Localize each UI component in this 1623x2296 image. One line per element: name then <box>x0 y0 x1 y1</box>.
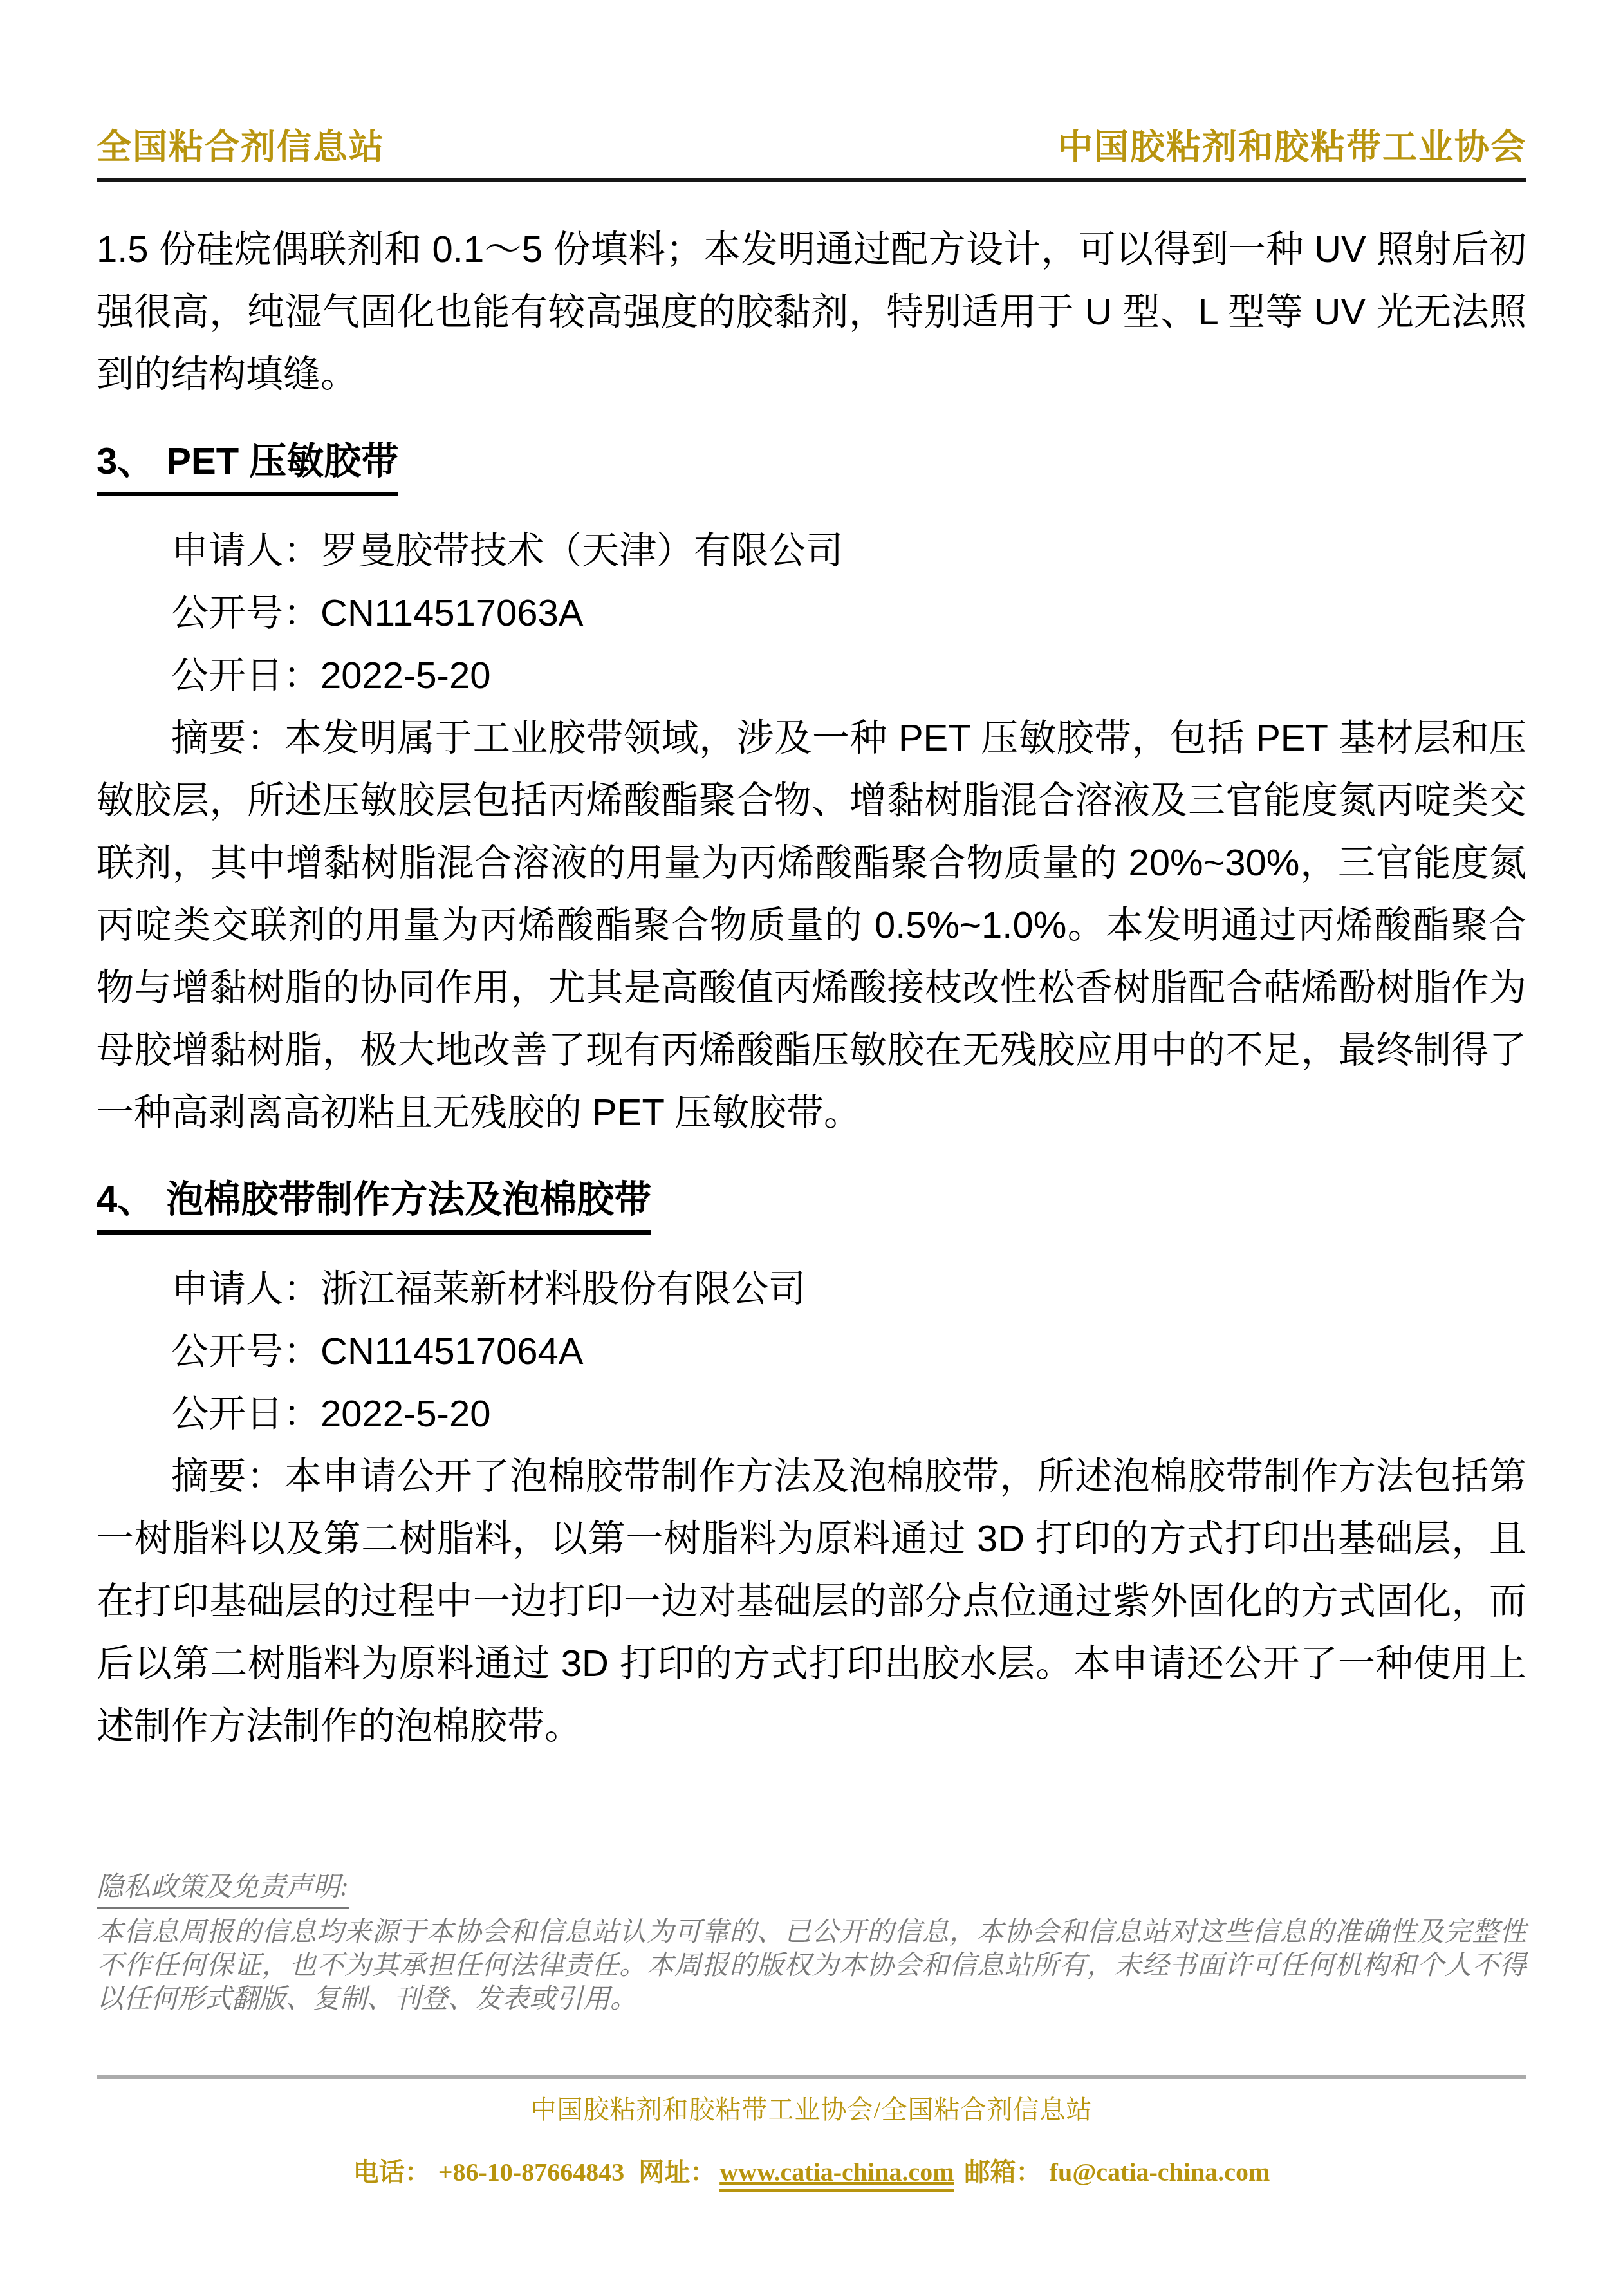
footer-contact-line: 电话：+86-10-87664843 网址：www.catia-china.co… <box>0 2152 1623 2189</box>
website-link[interactable]: www.catia-china.com <box>719 2158 954 2192</box>
email-address: fu@catia-china.com <box>1050 2158 1270 2187</box>
patent-4-heading-text: 4、泡棉胶带制作方法及泡棉胶带 <box>97 1177 651 1235</box>
patent-3-applicant: 申请人：罗曼胶带技术（天津）有限公司 <box>97 519 1526 582</box>
patent-4-title: 泡棉胶带制作方法及泡棉胶带 <box>166 1179 651 1220</box>
patent-4-number: 4、 <box>97 1179 154 1220</box>
patent-3-publication-date: 公开日：2022-5-20 <box>97 644 1526 707</box>
patent-4-publication-no: 公开号：CN114517064A <box>97 1320 1526 1383</box>
patent-4-applicant: 申请人：浙江福莱新材料股份有限公司 <box>97 1258 1526 1320</box>
patent-3-title: PET 压敏胶带 <box>166 440 398 482</box>
header-left-title: 全国粘合剂信息站 <box>97 120 385 169</box>
header-right-title: 中国胶粘剂和胶粘带工业协会 <box>1058 120 1526 169</box>
patent-3-number: 3、 <box>97 440 154 482</box>
patent-3-heading-text: 3、PET 压敏胶带 <box>97 439 398 496</box>
email-label: 邮箱： <box>965 2158 1042 2187</box>
page-footer: 中国胶粘剂和胶粘带工业协会/全国粘合剂信息站 电话：+86-10-8766484… <box>0 2089 1623 2189</box>
footer-organization: 中国胶粘剂和胶粘带工业协会/全国粘合剂信息站 <box>0 2089 1623 2126</box>
patent-4-details: 申请人：浙江福莱新材料股份有限公司 公开号：CN114517064A 公开日：2… <box>97 1258 1526 1757</box>
disclaimer-body: 本信息周报的信息均来源于本协会和信息站认为可靠的、已公开的信息，本协会和信息站对… <box>97 1916 1526 2016</box>
disclaimer-title: 隐私政策及免责声明: <box>97 1871 349 1909</box>
website-label: 网址： <box>638 2158 716 2187</box>
disclaimer-block: 隐私政策及免责声明: 本信息周报的信息均来源于本协会和信息站认为可靠的、已公开的… <box>97 1871 1526 2016</box>
patent-section-3: 3、PET 压敏胶带 申请人：罗曼胶带技术（天津）有限公司 公开号：CN1145… <box>97 439 1526 1144</box>
phone-number: +86-10-87664843 <box>438 2158 624 2187</box>
patent-3-publication-no: 公开号：CN114517063A <box>97 582 1526 644</box>
patent-3-abstract: 摘要：本发明属于工业胶带领域，涉及一种 PET 压敏胶带，包括 PET 基材层和… <box>97 707 1526 1144</box>
newsletter-page: 全国粘合剂信息站 中国胶粘剂和胶粘带工业协会 1.5 份硅烷偶联剂和 0.1～5… <box>0 0 1623 2296</box>
patent-section-4: 4、泡棉胶带制作方法及泡棉胶带 申请人：浙江福莱新材料股份有限公司 公开号：CN… <box>97 1177 1526 1757</box>
patent-4-publication-date: 公开日：2022-5-20 <box>97 1383 1526 1445</box>
patent-3-heading: 3、PET 压敏胶带 <box>97 439 1526 496</box>
footer-divider <box>97 2075 1526 2079</box>
patent-4-heading: 4、泡棉胶带制作方法及泡棉胶带 <box>97 1177 1526 1235</box>
patent-3-details: 申请人：罗曼胶带技术（天津）有限公司 公开号：CN114517063A 公开日：… <box>97 519 1526 1144</box>
patent-4-abstract: 摘要：本申请公开了泡棉胶带制作方法及泡棉胶带，所述泡棉胶带制作方法包括第一树脂料… <box>97 1445 1526 1757</box>
page-header: 全国粘合剂信息站 中国胶粘剂和胶粘带工业协会 <box>97 0 1526 182</box>
intro-paragraph: 1.5 份硅烷偶联剂和 0.1～5 份填料；本发明通过配方设计，可以得到一种 U… <box>97 218 1526 406</box>
phone-label: 电话： <box>353 2158 431 2187</box>
